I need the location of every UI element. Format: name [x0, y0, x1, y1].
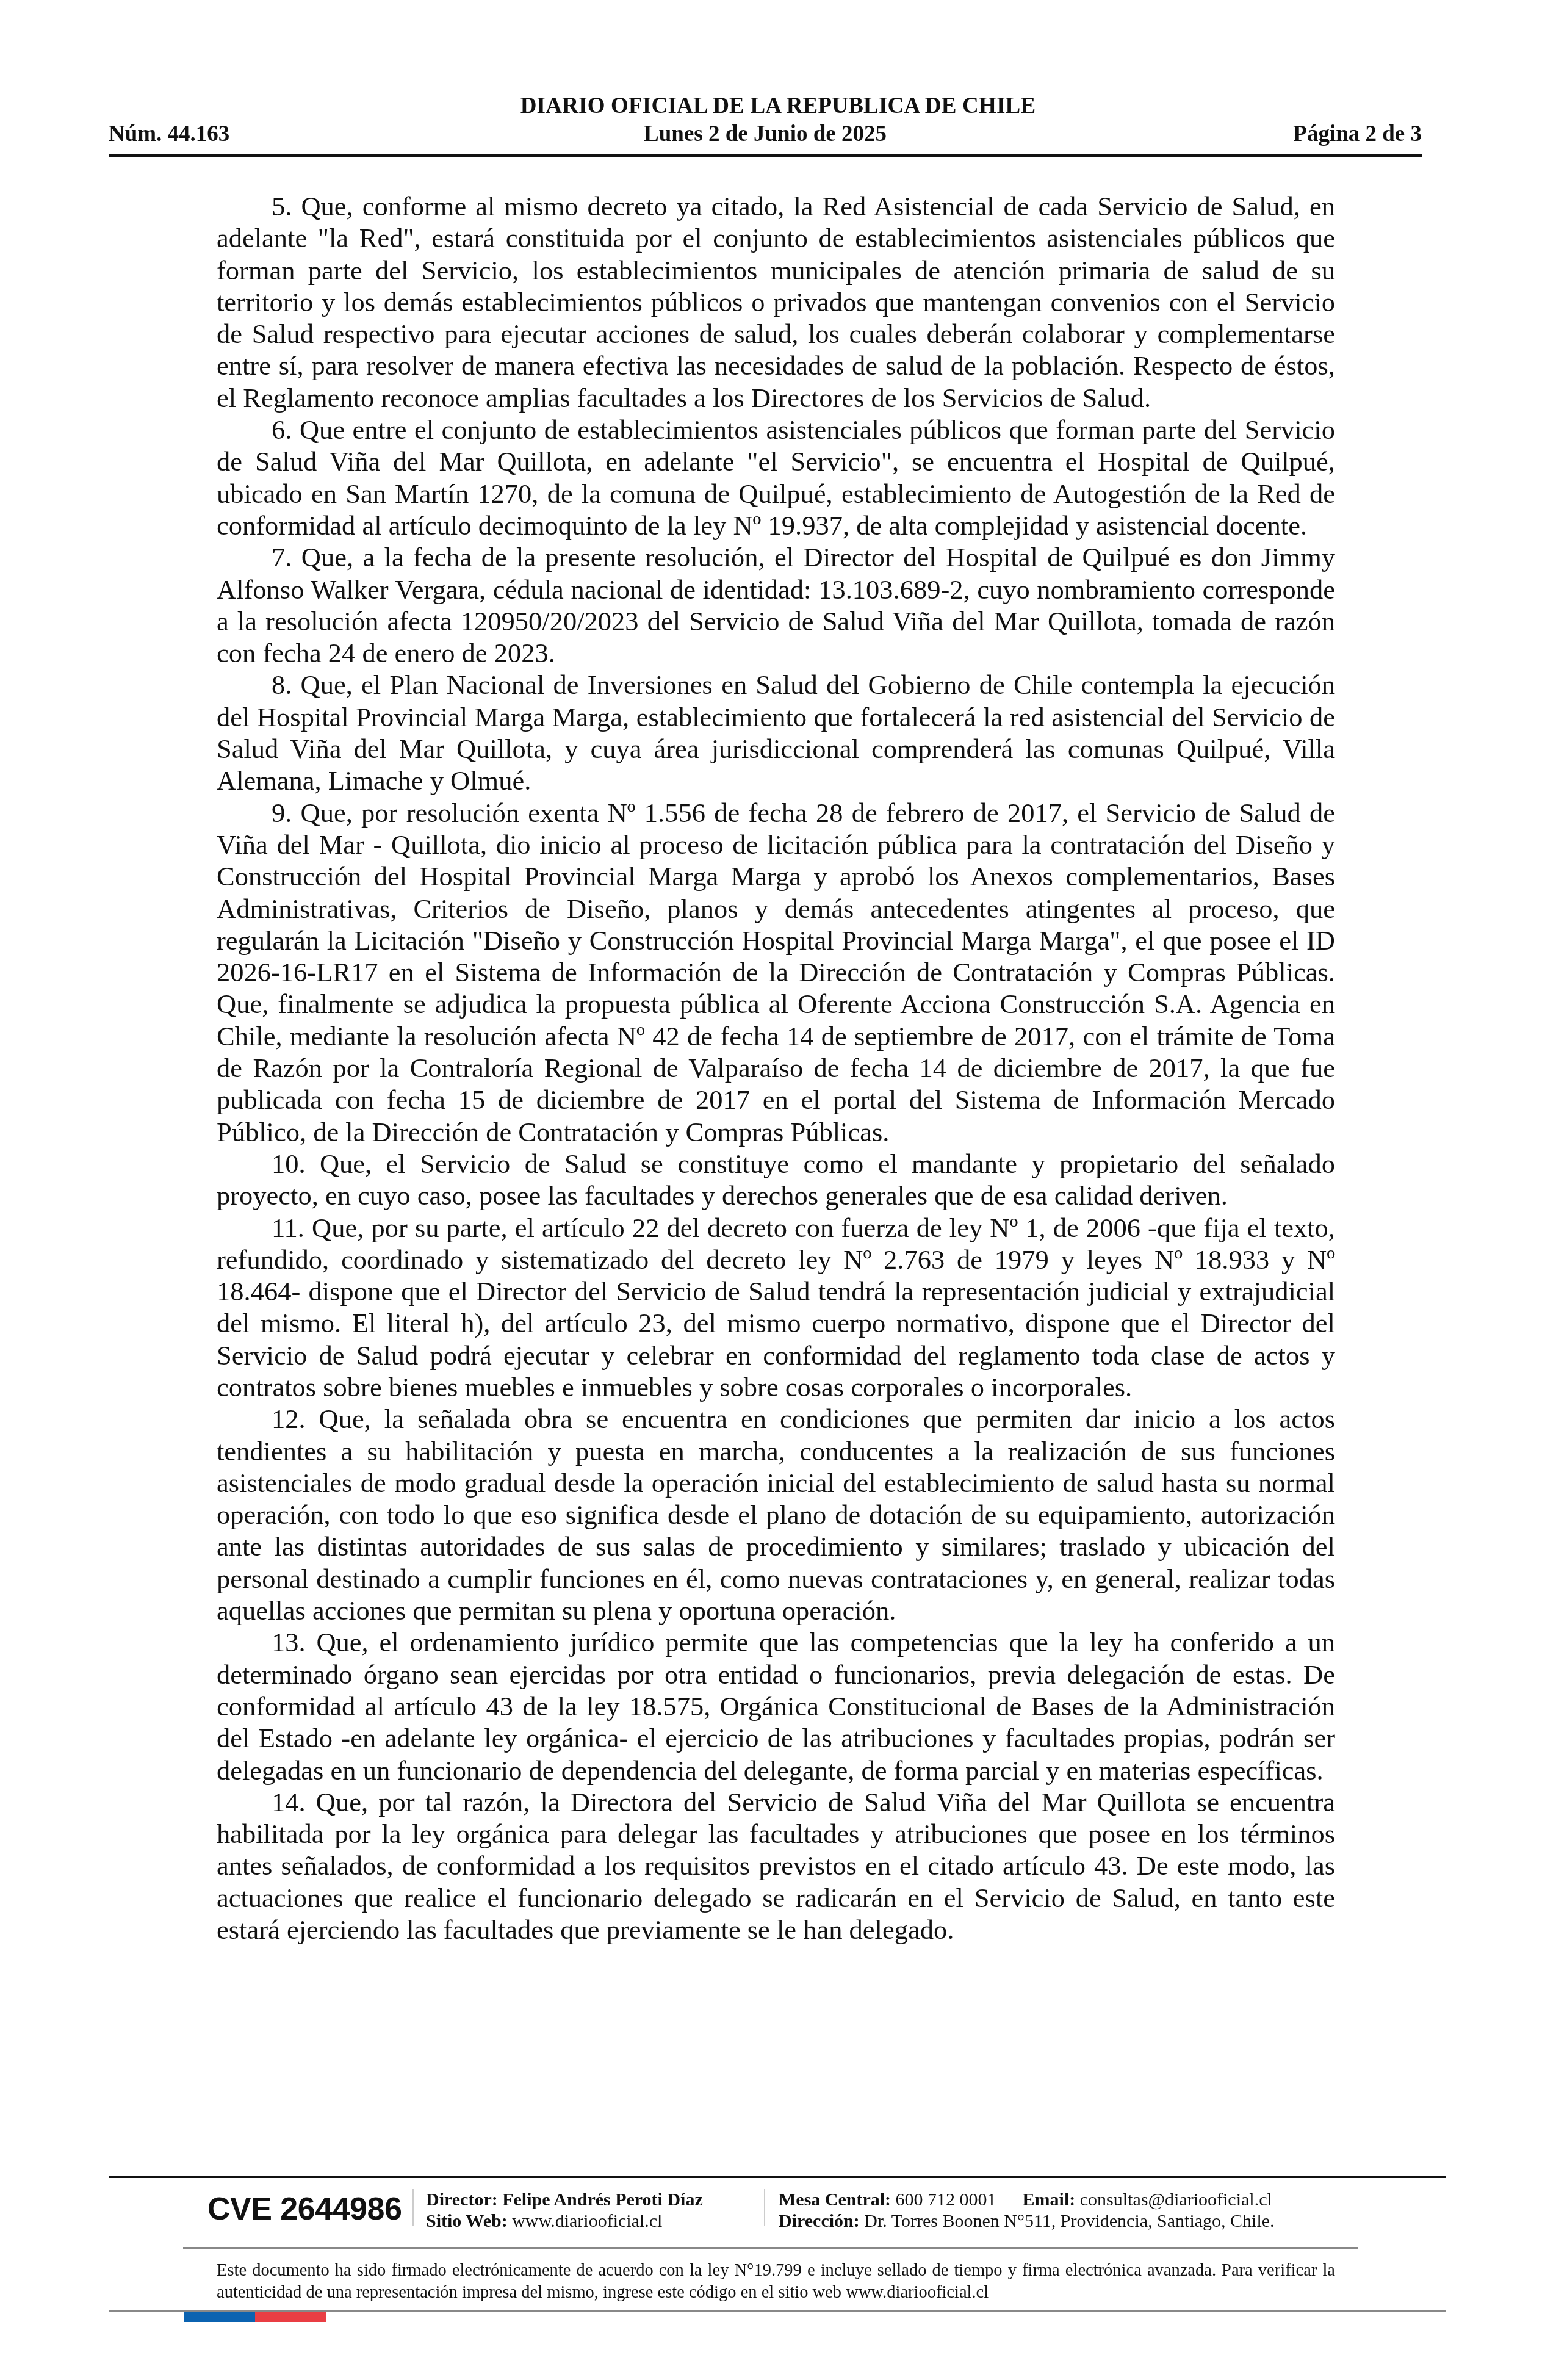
footer-top-divider [109, 2176, 1446, 2178]
email-link[interactable]: consultas@diariooficial.cl [1080, 2190, 1272, 2210]
page-indicator: Página 2 de 3 [1293, 121, 1422, 147]
flag-stripe-red [255, 2312, 326, 2322]
footer-contact-block: Mesa Central: 600 712 0001 Email: consul… [779, 2189, 1275, 2232]
paragraph-13: 13. Que, el ordenamiento jurídico permit… [217, 1626, 1335, 1786]
footer-middle-divider [183, 2247, 1358, 2249]
paragraph-5: 5. Que, conforme al mismo decreto ya cit… [217, 190, 1335, 414]
paragraph-7: 7. Que, a la fecha de la presente resolu… [217, 541, 1335, 669]
website-link[interactable]: www.diariooficial.cl [512, 2211, 662, 2231]
header-row: Núm. 44.163 Lunes 2 de Junio de 2025 Pág… [109, 121, 1422, 149]
footer-separator [412, 2189, 414, 2226]
paragraph-10: 10. Que, el Servicio de Salud se constit… [217, 1148, 1335, 1212]
paragraph-14: 14. Que, por tal razón, la Directora del… [217, 1786, 1335, 1945]
paragraph-12: 12. Que, la señalada obra se encuentra e… [217, 1403, 1335, 1626]
footer-separator [764, 2189, 765, 2226]
cve-code: CVE 2644986 [207, 2191, 402, 2227]
newspaper-title: DIARIO OFICIAL DE LA REPUBLICA DE CHILE [0, 93, 1556, 119]
paragraph-9: 9. Que, por resolución exenta Nº 1.556 d… [217, 797, 1335, 1148]
phone-label: Mesa Central: [779, 2190, 891, 2210]
address-label: Dirección: [779, 2211, 860, 2231]
electronic-signature-notice: Este documento ha sido firmado electróni… [217, 2260, 1335, 2304]
paragraph-11: 11. Que, por su parte, el artículo 22 de… [217, 1212, 1335, 1404]
flag-stripe-blue [184, 2312, 255, 2322]
website-label: Sitio Web: [426, 2211, 508, 2231]
footer-director-block: Director: Felipe Andrés Peroti Díaz Siti… [426, 2189, 703, 2232]
issue-date: Lunes 2 de Junio de 2025 [109, 121, 1422, 147]
paragraph-6: 6. Que entre el conjunto de establecimie… [217, 414, 1335, 541]
address-value: Dr. Torres Boonen N°511, Providencia, Sa… [864, 2211, 1274, 2231]
email-label: Email: [1023, 2190, 1076, 2210]
header-divider [109, 154, 1422, 157]
director-name: Felipe Andrés Peroti Díaz [502, 2190, 703, 2210]
director-label: Director: [426, 2190, 498, 2210]
document-body: 5. Que, conforme al mismo decreto ya cit… [217, 190, 1335, 1945]
paragraph-8: 8. Que, el Plan Nacional de Inversiones … [217, 669, 1335, 796]
phone-number: 600 712 0001 [896, 2190, 996, 2210]
